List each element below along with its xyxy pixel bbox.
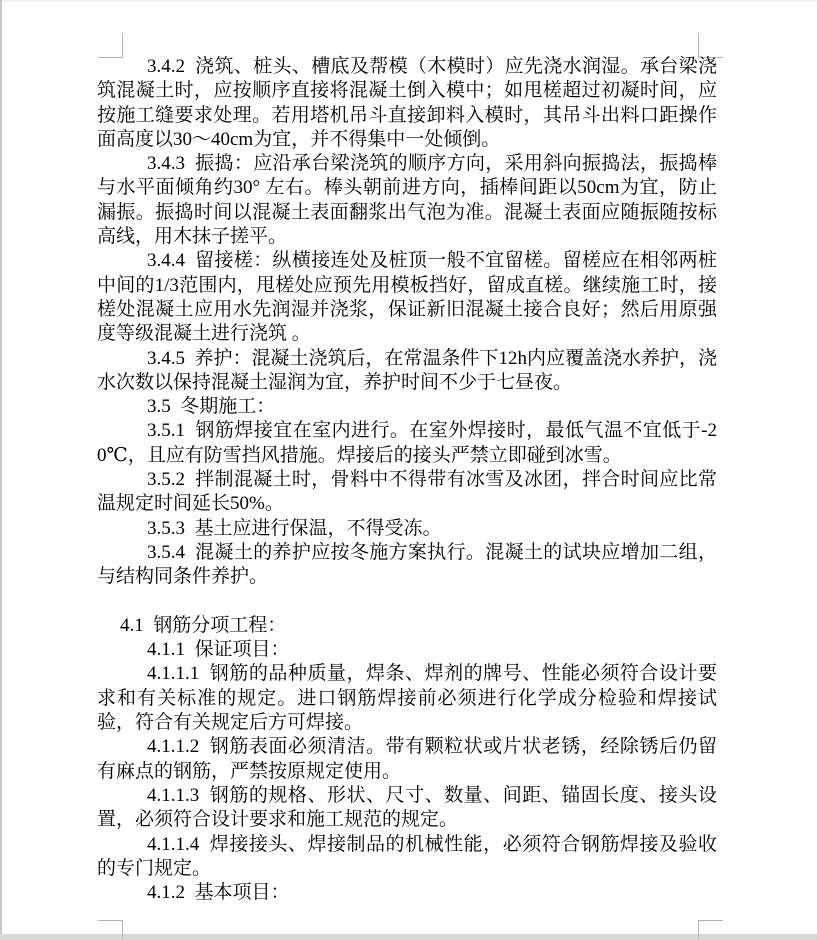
- paragraph[interactable]: 3.5.2 拌制混凝土时，骨料中不得带有冰雪及冰团，拌合时间应比常温规定时间延长…: [97, 468, 717, 517]
- paragraph[interactable]: 3.4.3 振捣：应沿承台梁浇筑的顺序方向，采用斜向振捣法，振捣棒与水平面倾角约…: [97, 152, 717, 249]
- page-top-edge: [0, 0, 817, 2]
- paragraph[interactable]: 3.4.5 养护：混凝土浇筑后，在常温条件下12h内应覆盖浇水养护，浇水次数以保…: [97, 347, 717, 396]
- paragraph[interactable]: 3.5 冬期施工：: [97, 395, 717, 419]
- paragraph[interactable]: 3.5.3 基土应进行保温，不得受冻。: [97, 517, 717, 541]
- paragraph[interactable]: 4.1.1.1 钢筋的品种质量，焊条、焊剂的牌号、性能必须符合设计要求和有关标准…: [97, 662, 717, 735]
- paragraph[interactable]: 4.1.1.3 钢筋的规格、形状、尺寸、数量、间距、锚固长度、接头设置，必须符合…: [97, 784, 717, 833]
- paragraph[interactable]: 3.4.4 留接槎：纵横接连处及桩顶一般不宜留槎。留槎应在相邻两桩中间的1/3范…: [97, 249, 717, 346]
- text-boundary-mark-bottom-right-icon: [698, 920, 723, 938]
- paragraph[interactable]: 3.4.2 浇筑、桩头、槽底及帮模（木模时）应先浇水润湿。承台梁浇筑混凝土时，应…: [97, 55, 717, 152]
- paragraph[interactable]: [97, 590, 717, 614]
- text-boundary-mark-bottom-left-icon: [98, 920, 123, 938]
- paragraph[interactable]: 4.1.1.4 焊接接头、焊接制品的机械性能，必须符合钢筋焊接及验收的专门规定。: [97, 833, 717, 882]
- page-left-edge: [0, 0, 2, 940]
- paragraph[interactable]: 4.1.1.2 钢筋表面必须清洁。带有颗粒状或片状老锈，经除锈后仍留有麻点的钢筋…: [97, 735, 717, 784]
- document-page: 3.4.2 浇筑、桩头、槽底及帮模（木模时）应先浇水润湿。承台梁浇筑混凝土时，应…: [0, 0, 817, 940]
- paragraph[interactable]: 4.1.1 保证项目：: [97, 638, 717, 662]
- paragraph[interactable]: 3.5.4 混凝土的养护应按冬施方案执行。混凝土的试块应增加二组，与结构同条件养…: [97, 541, 717, 590]
- document-text[interactable]: 3.4.2 浇筑、桩头、槽底及帮模（木模时）应先浇水润湿。承台梁浇筑混凝土时，应…: [97, 55, 717, 905]
- paragraph[interactable]: 3.5.1 钢筋焊接宜在室内进行。在室外焊接时，最低气温不宜低于-20℃，且应有…: [97, 419, 717, 468]
- paragraph[interactable]: 4.1 钢筋分项工程：: [97, 614, 717, 638]
- paragraph[interactable]: 4.1.2 基本项目：: [97, 881, 717, 905]
